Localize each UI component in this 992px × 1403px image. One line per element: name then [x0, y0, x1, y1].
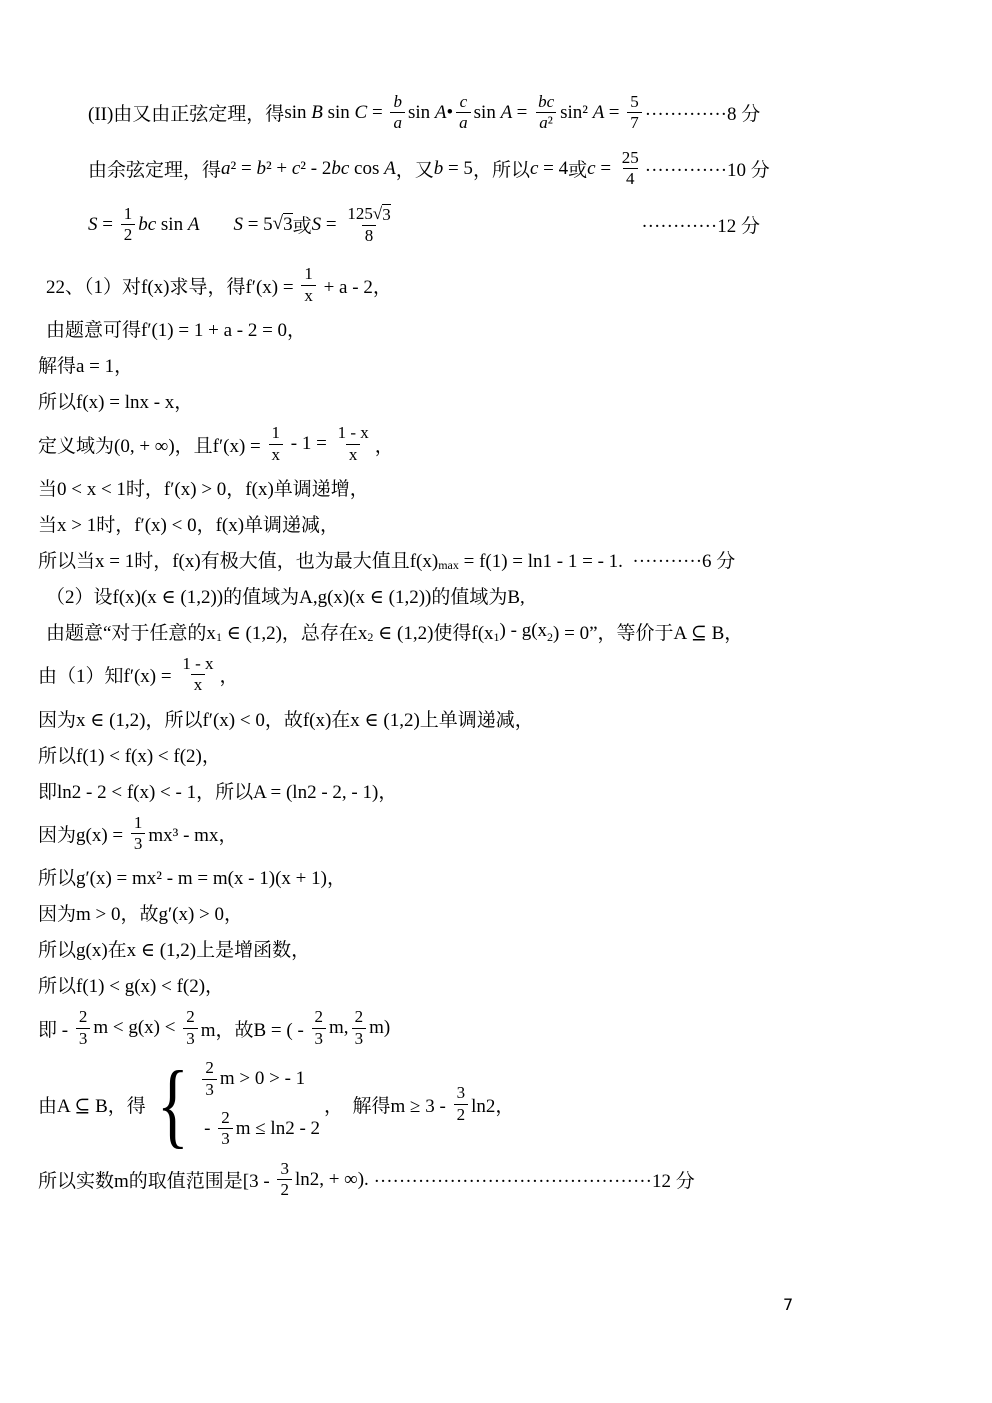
text-run: 因为x ∈ (1,2)，所以f′(x) < 0，故f(x)在x ∈ (1,2)上… — [38, 705, 534, 732]
fraction-denominator: 3 — [131, 833, 146, 854]
solution-22-1-decreasing-line: 当x > 1时，f′(x) < 0，f(x)单调递减， — [38, 508, 952, 539]
fraction: 23 — [312, 1007, 327, 1049]
text-run: + a - 2， — [319, 272, 392, 299]
math-run: x — [349, 445, 358, 464]
solution-21-II-area-line: S = 12bc sin AS = 5√3或S = 125√38········… — [38, 202, 992, 249]
math-variable-run: A — [435, 102, 447, 124]
text-run: 或 — [568, 155, 587, 182]
text-run: 由（1）知f′(x) = — [38, 661, 176, 688]
text-run: 当0 < x < 1时，f′(x) > 0，f(x)单调递增， — [38, 474, 369, 501]
math-variable-run: b — [393, 92, 402, 111]
fraction: 23 — [76, 1007, 91, 1049]
math-run: sin — [161, 214, 188, 236]
text-run: ln2， — [471, 1091, 514, 1118]
fraction: 57 — [627, 92, 642, 134]
text-run: ·············10 分 — [645, 155, 770, 182]
math-variable-run: A — [501, 102, 517, 124]
fraction-numerator: 3 — [454, 1083, 469, 1103]
math-run: 2 — [221, 1108, 230, 1127]
radical: √3 — [273, 213, 293, 236]
math-run: 3 — [315, 1029, 324, 1048]
text-run: ， — [220, 661, 239, 688]
math-run: 3 — [79, 1029, 88, 1048]
math-run: 2 — [79, 1007, 88, 1026]
math-run: = — [609, 102, 624, 124]
equation-system: {23m > 0 > - 1 - 23m ≤ ln2 - 2 — [150, 1058, 320, 1150]
fraction-numerator: 1 — [121, 204, 136, 224]
math-variable-run: b — [256, 158, 266, 180]
math-run: = 5 — [248, 214, 273, 236]
math-run: 3 — [205, 1080, 214, 1099]
math-run: sin² — [560, 102, 593, 124]
math-variable-run: b — [434, 158, 444, 180]
solution-22-2-g-increasing-line: 所以g(x)在x ∈ (1,2)上是增函数， — [38, 933, 952, 964]
math-run: = — [372, 102, 387, 124]
fraction-numerator: 2 — [352, 1007, 367, 1027]
math-run: = 5 — [443, 158, 473, 180]
math-run: ² + — [266, 158, 292, 180]
fraction-numerator: 3 — [277, 1159, 292, 1179]
solution-22-2-gx-line: 因为g(x) = 13mx³ - mx， — [38, 811, 952, 857]
text-run: 定义域为(0, + ∞)，且f′(x) = — [38, 431, 266, 458]
fraction-denominator: x — [346, 444, 361, 465]
text-run: m, — [329, 1017, 349, 1039]
fraction: 1x — [269, 423, 284, 465]
math-run: 125 — [347, 204, 373, 223]
math-run: 2 — [457, 1105, 466, 1124]
solution-22-2-equivalence-line: 由题意“对于任意的x1 ∈ (1,2)，总存在x2 ∈ (1,2)使得f(x1)… — [38, 616, 960, 647]
fraction: 254 — [619, 148, 642, 190]
text-run: 解得a = 1， — [38, 351, 133, 378]
subscript: max — [438, 558, 459, 573]
fraction-denominator: 3 — [202, 1079, 217, 1100]
math-run: sin — [474, 102, 501, 124]
math-variable-run: S — [88, 214, 102, 236]
solution-22-2-f-decreasing-line: 因为x ∈ (1,2)，所以f′(x) < 0，故f(x)在x ∈ (1,2)上… — [38, 703, 952, 734]
solution-22-1-condition-line: 由题意可得f′(1) = 1 + a - 2 = 0， — [38, 313, 960, 344]
math-run: • — [447, 102, 454, 124]
fraction-denominator: 3 — [218, 1128, 233, 1149]
text-run: mx³ - mx， — [148, 820, 237, 847]
fraction-numerator: 1 — [301, 264, 316, 284]
text-run: ·············8 分 — [645, 99, 761, 126]
math-run: 5 — [630, 92, 639, 111]
math-run: 2 — [315, 1007, 324, 1026]
text-run: 所以f(x) = lnx - x， — [38, 387, 193, 414]
math-variable-run: bc — [538, 92, 554, 111]
math-run: 7 — [630, 113, 639, 132]
math-run: 25 — [622, 148, 639, 167]
fraction: 23 — [183, 1007, 198, 1049]
text-run: ， — [375, 431, 394, 458]
math-run: 4 — [626, 169, 635, 188]
text-run: 即ln2 - 2 < f(x) < - 1，所以A = (ln2 - 2, - … — [38, 777, 397, 804]
solution-22-1-domain-line: 定义域为(0, + ∞)，且f′(x) = 1x - 1 = 1 - xx， — [38, 421, 952, 467]
solution-22-1-solve-a-line: 解得a = 1， — [38, 349, 952, 380]
text-run: 由题意可得f′(1) = 1 + a - 2 = 0， — [46, 315, 306, 342]
math-variable-run: a — [393, 113, 402, 132]
fraction: 32 — [454, 1083, 469, 1125]
text-run: 即 - — [38, 1015, 73, 1042]
fraction-denominator: 7 — [627, 112, 642, 133]
fraction-denominator: a² — [536, 112, 556, 133]
subscript: 2 — [367, 630, 373, 645]
fraction-numerator: 1 - x — [179, 654, 216, 674]
math-run: = 4 — [538, 158, 568, 180]
text-run: 或 — [293, 211, 312, 238]
text-run: ln2, + ∞). — [295, 1169, 374, 1191]
text-run: 所以f(1) < f(x) < f(2)， — [38, 741, 221, 768]
math-run: 3 — [280, 1159, 289, 1178]
fraction-numerator: 2 — [183, 1007, 198, 1027]
text-run: m < g(x) < — [93, 1017, 180, 1039]
fraction-denominator: 3 — [312, 1028, 327, 1049]
math-run: 1 — [134, 813, 143, 832]
subscript: 1 — [216, 630, 222, 645]
document-page: (II)由又由正弦定理，得sin B sin C = basin A•casin… — [0, 0, 992, 1403]
system-row: 23m > 0 > - 1 — [199, 1058, 320, 1100]
fraction-denominator: 2 — [454, 1104, 469, 1125]
solution-22-2-g-bounds-line: 所以f(1) < g(x) < f(2)， — [38, 969, 952, 1000]
solution-22-1-maximum-line: 所以当x = 1时，f(x)有极大值，也为最大值且f(x)max = f(1) … — [38, 544, 952, 575]
text-run: m) — [369, 1017, 390, 1039]
solution-22-2-f-bounds-line: 所以f(1) < f(x) < f(2)， — [38, 739, 952, 770]
solution-22-2-answer-line: 所以实数m的取值范围是[3 - 32ln2, + ∞). ···········… — [38, 1157, 952, 1203]
subscript: 2 — [547, 630, 553, 645]
fraction-numerator: b — [390, 92, 405, 112]
text-run: 所以f(1) < g(x) < f(2)， — [38, 971, 224, 998]
text-run: （2）设f(x)(x ∈ (1,2))的值域为A,g(x)(x ∈ (1,2))… — [46, 582, 525, 609]
text-run: (II)由又由正弦定理，得 — [88, 99, 284, 126]
fraction: ca — [456, 92, 471, 134]
solution-22-2-fprime-line: 由（1）知f′(x) = 1 - xx， — [38, 652, 952, 698]
text-run: 22、（1）对f(x)求导，得f′(x) = — [46, 272, 298, 299]
math-variable-run: c — [587, 158, 595, 180]
math-variable-run: a — [459, 113, 468, 132]
math-run: = — [326, 214, 341, 236]
math-run: ² — [548, 113, 553, 132]
math-run: 8 — [365, 226, 374, 245]
fraction-denominator: 3 — [183, 1028, 198, 1049]
fraction: 1x — [301, 264, 316, 306]
fraction-denominator: x — [191, 674, 206, 695]
math-run: 1 — [272, 423, 281, 442]
fraction-denominator: 8 — [362, 225, 377, 246]
text-run: m ≤ ln2 - 2 — [236, 1118, 320, 1140]
fraction-denominator: 4 — [623, 168, 638, 189]
solution-22-2-set-A-line: 即ln2 - 2 < f(x) < - 1，所以A = (ln2 - 2, - … — [38, 775, 952, 806]
fraction-numerator: 2 — [76, 1007, 91, 1027]
math-run: sin — [284, 102, 311, 124]
math-run: = — [517, 102, 532, 124]
solution-22-1-derivative-line: 22、（1）对f(x)求导，得f′(x) = 1x + a - 2， — [38, 262, 960, 308]
text-run: 所以实数m的取值范围是[3 - — [38, 1166, 274, 1193]
math-variable-run: A — [188, 214, 200, 236]
fraction-numerator: 2 — [202, 1058, 217, 1078]
fraction: 23 — [218, 1108, 233, 1150]
math-variable-run: c — [530, 158, 538, 180]
fraction-numerator: 125√3 — [344, 204, 393, 225]
solution-21-II-cosine-rule-line: 由余弦定理，得a² = b² + c² - 2bc cos A，又b = 5，所… — [38, 146, 992, 192]
math-run: cos — [354, 158, 384, 180]
math-variable-run: bc — [331, 158, 354, 180]
score-label: ············12 分 — [641, 211, 760, 238]
math-run: 2 — [124, 225, 133, 244]
math-variable-run: S — [233, 214, 247, 236]
left-brace-icon: { — [157, 1066, 189, 1142]
radical: √3 — [373, 204, 391, 225]
text-run: 所以当x = 1时，f(x)有极大值，也为最大值且f(x) — [38, 546, 438, 573]
fraction-denominator: 2 — [277, 1179, 292, 1200]
text-run: 由余弦定理，得 — [88, 155, 221, 182]
fraction-numerator: 2 — [218, 1108, 233, 1128]
math-run: ² = — [231, 158, 257, 180]
solution-22-2-m-positive-line: 因为m > 0，故g′(x) > 0， — [38, 897, 952, 928]
text-run: 所以g′(x) = mx² - m = m(x - 1)(x + 1)， — [38, 863, 346, 890]
solution-21-II-sine-rule-line: (II)由又由正弦定理，得sin B sin C = basin A•casin… — [38, 90, 992, 136]
math-variable-run: A — [384, 158, 396, 180]
fraction: 125√38 — [344, 204, 393, 247]
system-row: - 23m ≤ ln2 - 2 — [199, 1108, 320, 1150]
page-number: 7 — [783, 1295, 793, 1314]
solution-22-2-gprime-line: 所以g′(x) = mx² - m = m(x - 1)(x + 1)， — [38, 861, 952, 892]
fraction: bca² — [535, 92, 557, 134]
text-run: 所以g(x)在x ∈ (1,2)上是增函数， — [38, 935, 310, 962]
solution-22-1-fx-line: 所以f(x) = lnx - x， — [38, 385, 952, 416]
text-run: 因为g(x) = — [38, 820, 128, 847]
fraction-numerator: 1 - x — [335, 423, 372, 443]
fraction-numerator: 1 — [269, 423, 284, 443]
fraction: 23 — [352, 1007, 367, 1049]
math-variable-run: a — [221, 158, 231, 180]
text-run: ， 解得m ≥ 3 - — [324, 1091, 451, 1118]
fraction-denominator: x — [301, 285, 316, 306]
text-run: m，故B = ( - — [201, 1015, 309, 1042]
math-run: 1 — [304, 264, 313, 283]
solution-22-2-system-line: 由A ⊆ B，得{23m > 0 > - 1 - 23m ≤ ln2 - 2， … — [38, 1056, 952, 1152]
math-variable-run: a — [539, 113, 548, 132]
math-run: 2 — [355, 1007, 364, 1026]
math-run: ² - 2 — [300, 158, 331, 180]
text-run: - — [199, 1118, 215, 1140]
subscript: 1 — [494, 630, 500, 645]
math-run: 3 — [186, 1029, 195, 1048]
fraction-denominator: 3 — [76, 1028, 91, 1049]
fraction-numerator: 1 — [131, 813, 146, 833]
math-run: 1 - x — [182, 654, 213, 673]
fraction-numerator: bc — [535, 92, 557, 112]
math-variable-run: A — [593, 102, 609, 124]
text-run: 由题意“对于任意的x — [46, 618, 216, 645]
text-run: = f(1) = ln1 - 1 = - 1. ···········6 分 — [459, 546, 735, 573]
math-run: 3 — [457, 1083, 466, 1102]
math-run: x — [194, 675, 203, 694]
fraction: 1 - xx — [179, 654, 216, 696]
fraction-denominator: x — [269, 444, 284, 465]
fraction-denominator: 3 — [352, 1028, 367, 1049]
fraction-numerator: 25 — [619, 148, 642, 168]
math-run: sin — [328, 102, 355, 124]
fraction-numerator: 5 — [627, 92, 642, 112]
math-run: 2 — [186, 1007, 195, 1026]
solution-22-2-set-B-line: 即 - 23m < g(x) < 23m，故B = ( - 23m,23m) — [38, 1005, 952, 1051]
math-run: 1 — [124, 204, 133, 223]
fraction: ba — [390, 92, 405, 134]
system-rows: 23m > 0 > - 1 - 23m ≤ ln2 - 2 — [199, 1058, 320, 1150]
fraction: 13 — [131, 813, 146, 855]
fraction: 23 — [202, 1058, 217, 1100]
text-run: 因为m > 0，故g′(x) > 0， — [38, 899, 243, 926]
text-run: m > 0 > - 1 — [220, 1068, 305, 1090]
text-run: ，所以 — [473, 155, 530, 182]
fraction: 12 — [121, 204, 136, 246]
text-run: ，又 — [396, 155, 434, 182]
math-run: 2 — [280, 1180, 289, 1199]
radicand: 3 — [283, 213, 293, 236]
solution-content: (II)由又由正弦定理，得sin B sin C = basin A•casin… — [0, 0, 992, 1203]
fraction-denominator: a — [456, 112, 471, 133]
math-variable-run: bc — [138, 214, 161, 236]
math-run: 2 — [205, 1058, 214, 1077]
text-run: - 1 = — [286, 433, 332, 455]
text-run: ········································… — [374, 1166, 695, 1193]
fraction-denominator: a — [390, 112, 405, 133]
math-run: 3 — [355, 1029, 364, 1048]
fraction-denominator: 2 — [121, 224, 136, 245]
solution-22-1-increasing-line: 当0 < x < 1时，f′(x) > 0，f(x)单调递增， — [38, 472, 952, 503]
math-variable-run: c — [460, 92, 468, 111]
solution-22-2-setup-line: （2）设f(x)(x ∈ (1,2))的值域为A,g(x)(x ∈ (1,2))… — [38, 580, 960, 611]
text-run: ) - g(x — [500, 620, 547, 642]
math-run: = — [596, 158, 616, 180]
text-run: ∈ (1,2)使得f(x — [373, 618, 493, 645]
spacer — [199, 224, 233, 225]
math-run: 3 — [221, 1129, 230, 1148]
math-variable-run: B — [311, 102, 327, 124]
math-variable-run: S — [312, 214, 326, 236]
math-variable-run: c — [292, 158, 300, 180]
text-run: 由A ⊆ B，得 — [38, 1091, 146, 1118]
fraction-numerator: c — [457, 92, 471, 112]
text-run: ) = 0”，等价于A ⊆ B， — [553, 618, 743, 645]
math-run: x — [272, 445, 281, 464]
math-run: x — [304, 286, 313, 305]
text-run: 当x > 1时，f′(x) < 0，f(x)单调递减， — [38, 510, 339, 537]
math-run: sin — [408, 102, 435, 124]
math-run: 1 - x — [338, 423, 369, 442]
fraction-numerator: 2 — [312, 1007, 327, 1027]
fraction: 1 - xx — [335, 423, 372, 465]
text-run: ∈ (1,2)，总存在x — [222, 618, 367, 645]
math-run: 3 — [134, 834, 143, 853]
math-run: = — [102, 214, 117, 236]
fraction: 32 — [277, 1159, 292, 1201]
radicand: 3 — [382, 204, 391, 225]
math-variable-run: C — [355, 102, 372, 124]
